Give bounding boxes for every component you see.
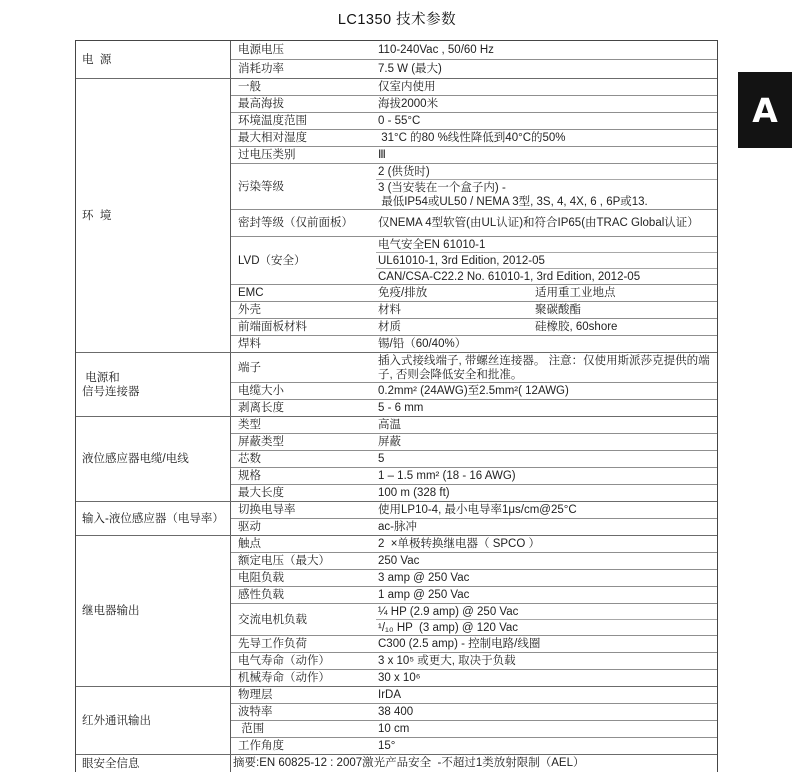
table-row: 波特率38 400: [231, 703, 717, 720]
value-cell: 0 - 55°C: [376, 113, 717, 129]
param-label: 前端面板材料: [238, 320, 373, 334]
value-line: UL61010-1, 3rd Edition, 2012-05: [378, 254, 545, 268]
value-line: 插入式接线端子, 带螺丝连接器。 注意：仅使用斯派莎克提供的端: [378, 354, 710, 368]
value-cell: 100 m (328 ft): [376, 485, 717, 501]
table-row: 电气寿命（动作）3 x 10⁵ 或更大, 取决于负载: [231, 652, 717, 669]
section-rows: 端子插入式接线端子, 带螺丝连接器。 注意：仅使用斯派莎克提供的端子, 否则会降…: [231, 353, 717, 416]
value-line: 聚碳酸酯: [535, 303, 581, 317]
value-subrow: 锡/铅（60/40%）: [376, 336, 717, 351]
param-cell: 电缆大小: [231, 383, 376, 399]
param-label: 范围: [238, 722, 373, 736]
section-label: 红外通讯输出: [76, 687, 231, 754]
value-cell: 10 cm: [376, 721, 717, 737]
index-tab-label: A: [752, 91, 778, 130]
section-label: 继电器输出: [76, 536, 231, 686]
value-text: 3 amp @ 250 Vac: [378, 571, 473, 585]
value-text: ¼ HP (2.9 amp) @ 250 Vac: [378, 605, 522, 619]
section-label-line: 液位感应器电缆/电线: [82, 452, 228, 466]
value-text: 3 x 10⁵ 或更大, 取决于负载: [378, 654, 520, 668]
value-text: 免疫/排放: [378, 286, 535, 300]
value-line: 材料: [378, 303, 531, 317]
value-subrow: 屏蔽: [376, 434, 717, 449]
table-row: 触点2 ×单极转换继电器（ SPCO ）: [231, 536, 717, 552]
table-row: 电阻负载3 amp @ 250 Vac: [231, 569, 717, 586]
value-cell: 高温: [376, 417, 717, 433]
table-row: 消耗功率7.5 W (最大): [231, 59, 717, 78]
param-label: 规格: [238, 469, 373, 483]
table-section: 眼安全信息摘要:EN 60825-12 : 2007激光产品安全 -不超过1类放…: [76, 754, 717, 772]
value-line: 海拔2000米: [378, 97, 438, 111]
table-section: 电 源电源电压110-240Vac , 50/60 Hz消耗功率7.5 W (最…: [76, 41, 717, 78]
value-text: 材质: [378, 320, 535, 334]
section-rows: 触点2 ×单极转换继电器（ SPCO ）额定电压（最大）250 Vac电阻负载3…: [231, 536, 717, 686]
table-row: 切换电导率使用LP10-4, 最小电导率1μs/cm@25°C: [231, 502, 717, 518]
param-cell: 感性负载: [231, 587, 376, 603]
value-line: 最低IP54或UL50 / NEMA 3型, 3S, 4, 4X, 6 , 6P…: [378, 195, 648, 209]
param-cell: 端子: [231, 353, 376, 382]
param-label: 交流电机负载: [238, 613, 373, 627]
param-label: 电气寿命（动作）: [238, 654, 373, 668]
param-cell: 电源电压: [231, 41, 376, 59]
param-cell: 触点: [231, 536, 376, 552]
param-cell: 物理层: [231, 687, 376, 703]
section-label-line: 输入-液位感应器（电导率）: [82, 512, 228, 526]
value-line: 5: [378, 452, 384, 466]
table-row: 先导工作负荷C300 (2.5 amp) - 控制电路/线圈: [231, 635, 717, 652]
value-line: 高温: [378, 418, 401, 432]
param-label: 密封等级（仅前面板）: [238, 216, 373, 230]
value-text: 适用重工业地点: [535, 286, 620, 300]
value-subrow: 2 ×单极转换继电器（ SPCO ）: [376, 536, 717, 551]
value-line: CAN/CSA-C22.2 No. 61010-1, 3rd Edition, …: [378, 270, 640, 284]
section-label-line: 信号连接器: [82, 385, 228, 399]
param-cell: 交流电机负载: [231, 604, 376, 635]
value-cell: 15°: [376, 738, 717, 754]
value-line: 7.5 W (最大): [378, 62, 442, 76]
value-subrow: ¼ HP (2.9 amp) @ 250 Vac: [376, 604, 717, 619]
value-subrow: 1 amp @ 250 Vac: [376, 587, 717, 602]
value-text: 30 x 10⁶: [378, 671, 424, 685]
section-label: 电源和信号连接器: [76, 353, 231, 416]
param-label: 物理层: [238, 688, 373, 702]
table-row: LVD（安全）电气安全EN 61010-1UL61010-1, 3rd Edit…: [231, 236, 717, 284]
section-label-line: 环 境: [82, 209, 228, 223]
value-text: 31°C 的80 %线性降低到40°C的50%: [378, 131, 570, 145]
value-subrow: 3 x 10⁵ 或更大, 取决于负载: [376, 653, 717, 668]
table-row: 过电压类别Ⅲ: [231, 146, 717, 163]
param-label: 污染等级: [238, 180, 373, 194]
value-subrow: 材料聚碳酸酯: [376, 302, 717, 317]
value-line: 1 – 1.5 mm² (18 - 16 AWG): [378, 469, 516, 483]
table-row: 污染等级2 (供货时)3 (当安装在一个盒子内) - 最低IP54或UL50 /…: [231, 163, 717, 209]
param-label: 电阻负载: [238, 571, 373, 585]
value-subrow: 插入式接线端子, 带螺丝连接器。 注意：仅使用斯派莎克提供的端子, 否则会降低安…: [376, 353, 717, 382]
param-label: 屏蔽类型: [238, 435, 373, 449]
value-line: 10 cm: [378, 722, 409, 736]
value-text: 2 (供货时): [378, 165, 434, 179]
value-cell: ac-脉冲: [376, 519, 717, 535]
value-cell: 摘要:EN 60825-12 : 2007激光产品安全 -不超过1类放射限制（A…: [231, 755, 717, 770]
table-row: 规格1 – 1.5 mm² (18 - 16 AWG): [231, 467, 717, 484]
value-cell: Ⅲ: [376, 147, 717, 163]
value-line: 3 x 10⁵ 或更大, 取决于负载: [378, 654, 516, 668]
param-label: 电源电压: [238, 43, 373, 57]
value-subrow: 30 x 10⁶: [376, 670, 717, 685]
table-row: EMC免疫/排放适用重工业地点: [231, 284, 717, 301]
param-cell: 机械寿命（动作）: [231, 670, 376, 686]
param-cell: EMC: [231, 285, 376, 301]
section-rows: 切换电导率使用LP10-4, 最小电导率1μs/cm@25°C驱动ac-脉冲: [231, 502, 717, 535]
value-subrow: Ⅲ: [376, 147, 717, 162]
value-cell: 锡/铅（60/40%）: [376, 336, 717, 352]
table-row: 物理层IrDA: [231, 687, 717, 703]
value-cell: 3 amp @ 250 Vac: [376, 570, 717, 586]
value-cell: 仅室内使用: [376, 79, 717, 95]
value-subrow: 免疫/排放适用重工业地点: [376, 285, 717, 300]
value-text: 硅橡胶, 60shore: [535, 320, 621, 334]
value-text: 3 (当安装在一个盒子内) - 最低IP54或UL50 / NEMA 3型, 3…: [378, 181, 652, 209]
value-subrow: 0.2mm² (24AWG)至2.5mm²( 12AWG): [376, 383, 717, 398]
table-row: 一般仅室内使用: [231, 79, 717, 95]
param-cell: 最大相对湿度: [231, 130, 376, 146]
value-cell: 5: [376, 451, 717, 467]
value-subrow: 仅NEMA 4型软管(由UL认证)和符合IP65(由TRAC Global认证）: [376, 210, 717, 236]
value-cell: 1 – 1.5 mm² (18 - 16 AWG): [376, 468, 717, 484]
value-subrow: 仅室内使用: [376, 79, 717, 94]
value-text: 聚碳酸酯: [535, 303, 585, 317]
value-subrow: 1 – 1.5 mm² (18 - 16 AWG): [376, 468, 717, 483]
param-cell: 最大长度: [231, 485, 376, 501]
value-subrow: 15°: [376, 738, 717, 753]
value-cell: 3 x 10⁵ 或更大, 取决于负载: [376, 653, 717, 669]
table-section: 液位感应器电缆/电线类型高温屏蔽类型屏蔽芯数5规格1 – 1.5 mm² (18…: [76, 416, 717, 501]
param-label: 外壳: [238, 303, 373, 317]
table-row: 前端面板材料材质硅橡胶, 60shore: [231, 318, 717, 335]
value-text: 材料: [378, 303, 535, 317]
value-subrow: 海拔2000米: [376, 96, 717, 111]
value-cell: 使用LP10-4, 最小电导率1μs/cm@25°C: [376, 502, 717, 518]
value-line: 110-240Vac , 50/60 Hz: [378, 43, 494, 57]
param-label: 额定电压（最大）: [238, 554, 373, 568]
param-cell: 电阻负载: [231, 570, 376, 586]
table-row: 最高海拔海拔2000米: [231, 95, 717, 112]
param-cell: 剥离长度: [231, 400, 376, 416]
value-line: 1 amp @ 250 Vac: [378, 588, 469, 602]
param-label: 最大相对湿度: [238, 131, 373, 145]
value-cell: 0.2mm² (24AWG)至2.5mm²( 12AWG): [376, 383, 717, 399]
param-cell: 先导工作负荷: [231, 636, 376, 652]
value-line: 2 ×单极转换继电器（ SPCO ）: [378, 537, 540, 551]
param-cell: 波特率: [231, 704, 376, 720]
value-line: 免疫/排放: [378, 286, 531, 300]
value-text: ac-脉冲: [378, 520, 421, 534]
value-text: 摘要:EN 60825-12 : 2007激光产品安全 -不超过1类放射限制（A…: [233, 756, 588, 770]
table-row: 环境温度范围0 - 55°C: [231, 112, 717, 129]
value-line: 摘要:EN 60825-12 : 2007激光产品安全 -不超过1类放射限制（A…: [233, 756, 584, 770]
value-line: 3 amp @ 250 Vac: [378, 571, 469, 585]
value-text: 锡/铅（60/40%）: [378, 337, 470, 351]
value-line: 锡/铅（60/40%）: [378, 337, 466, 351]
param-cell: 密封等级（仅前面板）: [231, 210, 376, 236]
value-text: 100 m (328 ft): [378, 486, 454, 500]
value-subrow: 110-240Vac , 50/60 Hz: [376, 41, 717, 59]
value-cell: 免疫/排放适用重工业地点: [376, 285, 717, 301]
index-tab-a: A: [738, 72, 792, 148]
value-subrow: UL61010-1, 3rd Edition, 2012-05: [376, 252, 717, 268]
param-label: 过电压类别: [238, 148, 373, 162]
value-subrow: 0 - 55°C: [376, 113, 717, 128]
param-label: 感性负载: [238, 588, 373, 602]
value-line: C300 (2.5 amp) - 控制电路/线圈: [378, 637, 540, 651]
param-cell: 电气寿命（动作）: [231, 653, 376, 669]
value-cell: 2 ×单极转换继电器（ SPCO ）: [376, 536, 717, 552]
value-line: 0.2mm² (24AWG)至2.5mm²( 12AWG): [378, 384, 569, 398]
value-subrow: 31°C 的80 %线性降低到40°C的50%: [376, 130, 717, 145]
value-subrow: 5: [376, 451, 717, 466]
value-subrow: 材质硅橡胶, 60shore: [376, 319, 717, 334]
value-cell: 1 amp @ 250 Vac: [376, 587, 717, 603]
value-text: CAN/CSA-C22.2 No. 61010-1, 3rd Edition, …: [378, 270, 644, 284]
value-cell: 7.5 W (最大): [376, 60, 717, 78]
value-cell: 2 (供货时)3 (当安装在一个盒子内) - 最低IP54或UL50 / NEM…: [376, 164, 717, 209]
param-label: 波特率: [238, 705, 373, 719]
table-row: 最大长度100 m (328 ft): [231, 484, 717, 501]
section-label-line: 眼安全信息: [82, 757, 228, 771]
value-subrow: 2 (供货时): [376, 164, 717, 179]
param-label: 触点: [238, 537, 373, 551]
value-line: 使用LP10-4, 最小电导率1μs/cm@25°C: [378, 503, 577, 517]
value-line: 材质: [378, 320, 531, 334]
table-row: 感性负载1 amp @ 250 Vac: [231, 586, 717, 603]
param-label: 最高海拔: [238, 97, 373, 111]
value-cell: 屏蔽: [376, 434, 717, 450]
table-row: 交流电机负载¼ HP (2.9 amp) @ 250 Vac¹/₁₀ HP (3…: [231, 603, 717, 635]
value-text: 1 – 1.5 mm² (18 - 16 AWG): [378, 469, 520, 483]
param-label: 类型: [238, 418, 373, 432]
param-cell: 污染等级: [231, 164, 376, 209]
value-text: 0 - 55°C: [378, 114, 424, 128]
spec-table: 电 源电源电压110-240Vac , 50/60 Hz消耗功率7.5 W (最…: [75, 40, 718, 772]
param-label: 机械寿命（动作）: [238, 671, 373, 685]
section-label: 环 境: [76, 79, 231, 352]
section-label: 液位感应器电缆/电线: [76, 417, 231, 501]
section-label: 输入-液位感应器（电导率）: [76, 502, 231, 535]
table-row: 屏蔽类型屏蔽: [231, 433, 717, 450]
value-subrow: 7.5 W (最大): [376, 60, 717, 78]
param-label: 消耗功率: [238, 62, 373, 76]
table-row: 密封等级（仅前面板）仅NEMA 4型软管(由UL认证)和符合IP65(由TRAC…: [231, 209, 717, 236]
table-row: 机械寿命（动作）30 x 10⁶: [231, 669, 717, 686]
param-label: 剥离长度: [238, 401, 373, 415]
param-label: 环境温度范围: [238, 114, 373, 128]
value-cell: 材料聚碳酸酯: [376, 302, 717, 318]
param-cell: 规格: [231, 468, 376, 484]
value-line: IrDA: [378, 688, 401, 702]
table-row: 最大相对湿度 31°C 的80 %线性降低到40°C的50%: [231, 129, 717, 146]
value-line: ¼ HP (2.9 amp) @ 250 Vac: [378, 605, 518, 619]
value-subrow: 3 amp @ 250 Vac: [376, 570, 717, 585]
section-rows: 摘要:EN 60825-12 : 2007激光产品安全 -不超过1类放射限制（A…: [231, 755, 717, 772]
value-line: 2 (供货时): [378, 165, 430, 179]
value-text: C300 (2.5 amp) - 控制电路/线圈: [378, 637, 544, 651]
param-cell: 一般: [231, 79, 376, 95]
table-row: 外壳材料聚碳酸酯: [231, 301, 717, 318]
value-cell: 插入式接线端子, 带螺丝连接器。 注意：仅使用斯派莎克提供的端子, 否则会降低安…: [376, 353, 717, 382]
value-line: ¹/₁₀ HP (3 amp) @ 120 Vac: [378, 621, 518, 635]
value-text: ¹/₁₀ HP (3 amp) @ 120 Vac: [378, 621, 522, 635]
value-text: 2 ×单极转换继电器（ SPCO ）: [378, 537, 544, 551]
param-cell: 过电压类别: [231, 147, 376, 163]
param-cell: LVD（安全）: [231, 237, 376, 284]
value-text: 110-240Vac , 50/60 Hz: [378, 43, 498, 57]
value-cell: 30 x 10⁶: [376, 670, 717, 686]
value-text: 10 cm: [378, 722, 413, 736]
section-label-line: 红外通讯输出: [82, 714, 228, 728]
param-cell: 屏蔽类型: [231, 434, 376, 450]
table-row: 焊料锡/铅（60/40%）: [231, 335, 717, 352]
table-section: 红外通讯输出物理层IrDA波特率38 400 范围10 cm工作角度15°: [76, 686, 717, 754]
value-line: 5 - 6 mm: [378, 401, 423, 415]
table-row: 范围10 cm: [231, 720, 717, 737]
value-line: 仅NEMA 4型软管(由UL认证)和符合IP65(由TRAC Global认证）: [378, 216, 699, 230]
value-text: 高温: [378, 418, 405, 432]
value-line: 30 x 10⁶: [378, 671, 420, 685]
section-label-line: 继电器输出: [82, 604, 228, 618]
section-label: 电 源: [76, 41, 231, 78]
table-row: 芯数5: [231, 450, 717, 467]
value-cell: C300 (2.5 amp) - 控制电路/线圈: [376, 636, 717, 652]
value-text: Ⅲ: [378, 148, 390, 162]
table-section: 继电器输出触点2 ×单极转换继电器（ SPCO ）额定电压（最大）250 Vac…: [76, 535, 717, 686]
section-label-line: 电源和: [82, 371, 228, 385]
table-row: 电缆大小0.2mm² (24AWG)至2.5mm²( 12AWG): [231, 382, 717, 399]
value-line: 38 400: [378, 705, 413, 719]
value-subrow: 10 cm: [376, 721, 717, 736]
table-row: 驱动ac-脉冲: [231, 518, 717, 535]
value-subrow: 250 Vac: [376, 553, 717, 568]
table-row: 端子插入式接线端子, 带螺丝连接器。 注意：仅使用斯派莎克提供的端子, 否则会降…: [231, 353, 717, 382]
param-cell: 切换电导率: [231, 502, 376, 518]
value-line: ac-脉冲: [378, 520, 417, 534]
section-rows: 一般仅室内使用最高海拔海拔2000米环境温度范围0 - 55°C最大相对湿度 3…: [231, 79, 717, 352]
value-text: 插入式接线端子, 带螺丝连接器。 注意：仅使用斯派莎克提供的端子, 否则会降低安…: [378, 354, 714, 382]
value-subrow: 3 (当安装在一个盒子内) - 最低IP54或UL50 / NEMA 3型, 3…: [376, 179, 717, 209]
value-line: 3 (当安装在一个盒子内) -: [378, 181, 648, 195]
value-cell: ¼ HP (2.9 amp) @ 250 Vac¹/₁₀ HP (3 amp) …: [376, 604, 717, 635]
value-cell: 仅NEMA 4型软管(由UL认证)和符合IP65(由TRAC Global认证）: [376, 210, 717, 236]
value-subrow: 高温: [376, 417, 717, 432]
value-subrow: 摘要:EN 60825-12 : 2007激光产品安全 -不超过1类放射限制（A…: [231, 755, 717, 770]
param-cell: 额定电压（最大）: [231, 553, 376, 569]
value-cell: 110-240Vac , 50/60 Hz: [376, 41, 717, 59]
page-title: LC1350 技术参数: [0, 8, 794, 29]
value-text: 使用LP10-4, 最小电导率1μs/cm@25°C: [378, 503, 581, 517]
param-label: 一般: [238, 80, 373, 94]
param-label: 切换电导率: [238, 503, 373, 517]
value-subrow: 电气安全EN 61010-1: [376, 237, 717, 252]
param-cell: 外壳: [231, 302, 376, 318]
value-cell: 250 Vac: [376, 553, 717, 569]
value-cell: 海拔2000米: [376, 96, 717, 112]
value-line: 适用重工业地点: [535, 286, 616, 300]
table-row: 剥离长度5 - 6 mm: [231, 399, 717, 416]
value-subrow: CAN/CSA-C22.2 No. 61010-1, 3rd Edition, …: [376, 268, 717, 284]
value-line: 100 m (328 ft): [378, 486, 450, 500]
value-subrow: C300 (2.5 amp) - 控制电路/线圈: [376, 636, 717, 651]
param-cell: 范围: [231, 721, 376, 737]
value-text: 仅NEMA 4型软管(由UL认证)和符合IP65(由TRAC Global认证）: [378, 216, 703, 230]
param-label: 先导工作负荷: [238, 637, 373, 651]
value-subrow: ¹/₁₀ HP (3 amp) @ 120 Vac: [376, 619, 717, 635]
value-text: 屏蔽: [378, 435, 405, 449]
value-cell: 38 400: [376, 704, 717, 720]
param-label: EMC: [238, 286, 373, 300]
value-cell: IrDA: [376, 687, 717, 703]
section-rows: 电源电压110-240Vac , 50/60 Hz消耗功率7.5 W (最大): [231, 41, 717, 78]
section-label: 眼安全信息: [76, 755, 231, 772]
value-text: 海拔2000米: [378, 97, 442, 111]
value-text: 电气安全EN 61010-1: [378, 238, 489, 252]
value-subrow: IrDA: [376, 687, 717, 702]
param-label: 驱动: [238, 520, 373, 534]
param-label: 焊料: [238, 337, 373, 351]
value-cell: 电气安全EN 61010-1UL61010-1, 3rd Edition, 20…: [376, 237, 717, 284]
table-row: 摘要:EN 60825-12 : 2007激光产品安全 -不超过1类放射限制（A…: [231, 755, 717, 770]
value-line: 子, 否则会降低安全和批准。: [378, 368, 710, 382]
value-line: 硅橡胶, 60shore: [535, 320, 617, 334]
value-line: 电气安全EN 61010-1: [378, 238, 485, 252]
param-cell: 消耗功率: [231, 60, 376, 78]
value-line: Ⅲ: [378, 148, 386, 162]
param-cell: 类型: [231, 417, 376, 433]
section-rows: 物理层IrDA波特率38 400 范围10 cm工作角度15°: [231, 687, 717, 754]
param-cell: 最高海拔: [231, 96, 376, 112]
table-row: 电源电压110-240Vac , 50/60 Hz: [231, 41, 717, 59]
param-label: 电缆大小: [238, 384, 373, 398]
section-rows: 类型高温屏蔽类型屏蔽芯数5规格1 – 1.5 mm² (18 - 16 AWG)…: [231, 417, 717, 501]
value-subrow: 100 m (328 ft): [376, 485, 717, 500]
param-label: 工作角度: [238, 739, 373, 753]
param-cell: 焊料: [231, 336, 376, 352]
value-line: 屏蔽: [378, 435, 401, 449]
value-line: 15°: [378, 739, 395, 753]
value-text: 1 amp @ 250 Vac: [378, 588, 473, 602]
value-text: 38 400: [378, 705, 417, 719]
param-cell: 前端面板材料: [231, 319, 376, 335]
value-cell: 5 - 6 mm: [376, 400, 717, 416]
value-line: 0 - 55°C: [378, 114, 420, 128]
param-cell: 工作角度: [231, 738, 376, 754]
value-text: 仅室内使用: [378, 80, 440, 94]
value-cell: 31°C 的80 %线性降低到40°C的50%: [376, 130, 717, 146]
value-subrow: 38 400: [376, 704, 717, 719]
section-label-line: 电 源: [82, 53, 228, 67]
value-text: 0.2mm² (24AWG)至2.5mm²( 12AWG): [378, 384, 573, 398]
param-label: 端子: [238, 361, 373, 375]
value-text: 15°: [378, 739, 399, 753]
value-text: IrDA: [378, 688, 405, 702]
value-line: 仅室内使用: [378, 80, 436, 94]
param-label: 最大长度: [238, 486, 373, 500]
value-subrow: 使用LP10-4, 最小电导率1μs/cm@25°C: [376, 502, 717, 517]
table-section: 输入-液位感应器（电导率）切换电导率使用LP10-4, 最小电导率1μs/cm@…: [76, 501, 717, 535]
param-cell: 环境温度范围: [231, 113, 376, 129]
value-cell: 材质硅橡胶, 60shore: [376, 319, 717, 335]
table-row: 额定电压（最大）250 Vac: [231, 552, 717, 569]
param-label: 芯数: [238, 452, 373, 466]
value-line: 250 Vac: [378, 554, 419, 568]
value-line: 31°C 的80 %线性降低到40°C的50%: [378, 131, 566, 145]
